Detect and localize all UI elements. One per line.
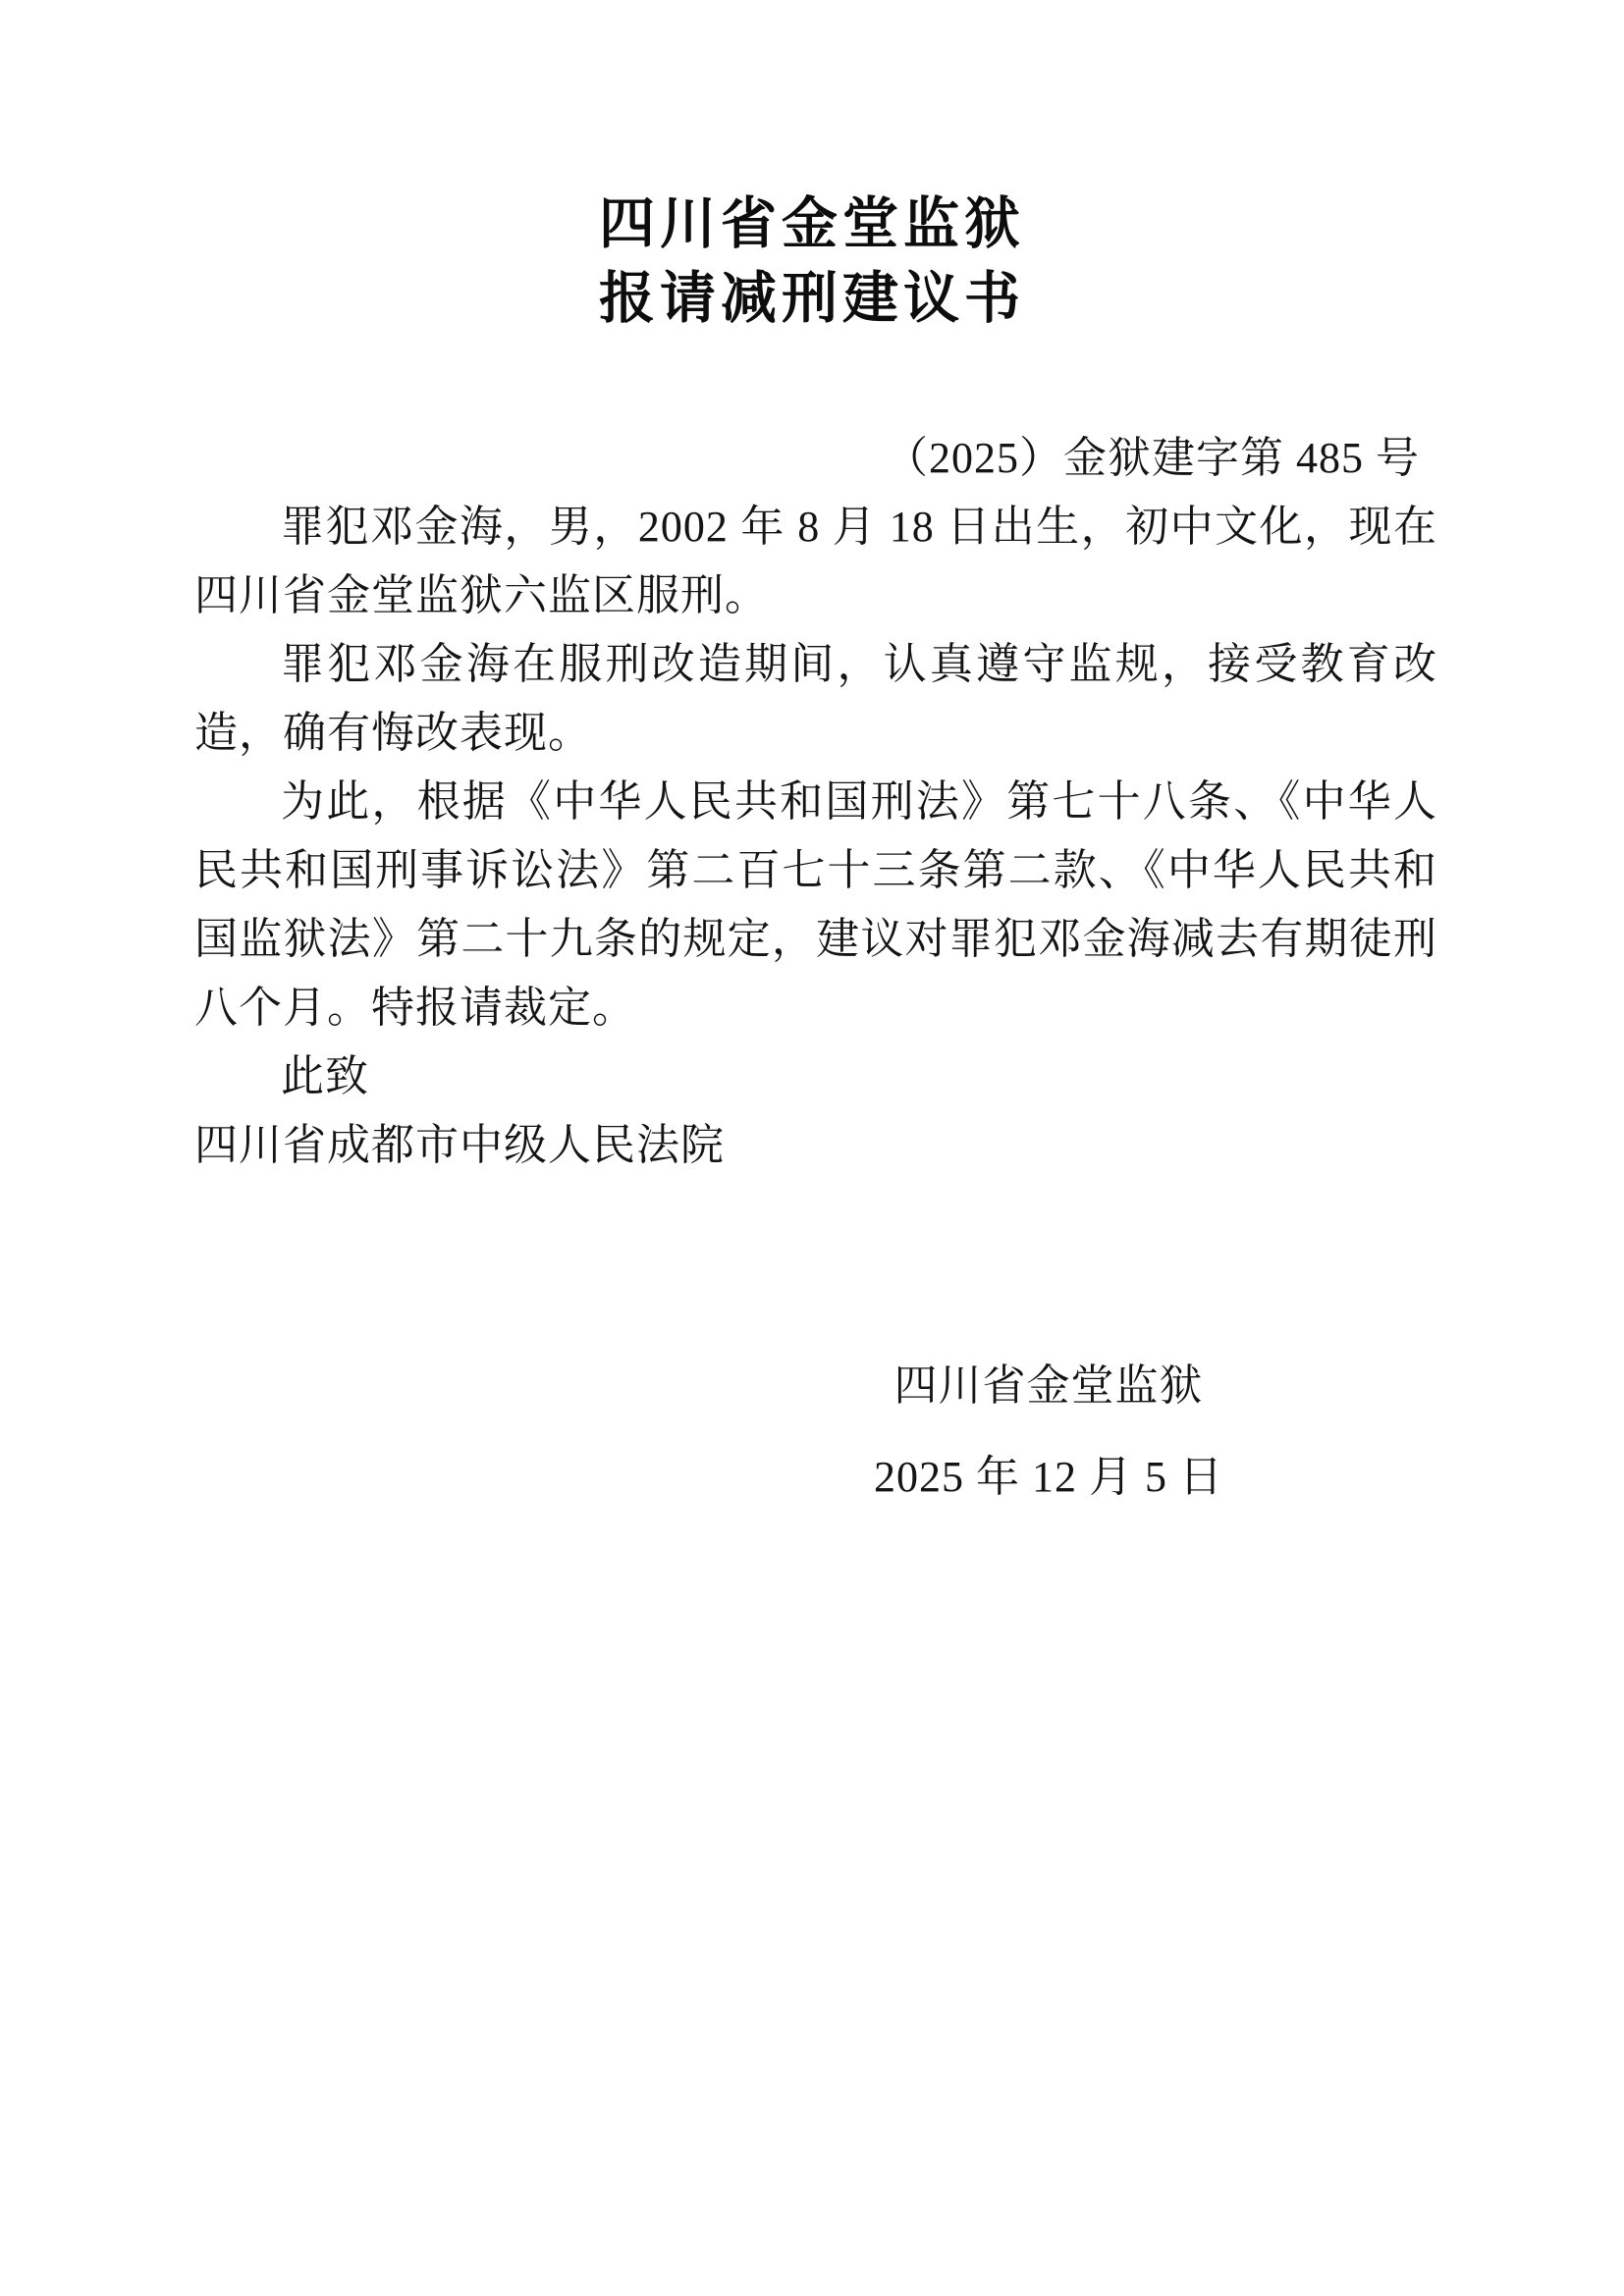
- document-number: （2025）金狱建字第 485 号: [885, 424, 1420, 493]
- document-body: 罪犯邓金海，男，2002 年 8 月 18 日出生，初中文化，现在四川省金堂监狱…: [194, 493, 1437, 1180]
- body-paragraph-3: 为此，根据《中华人民共和国刑法》第七十八条、《中华人民共和国刑事诉讼法》第二百七…: [194, 768, 1437, 1042]
- document-title-line1: 四川省金堂监狱: [0, 187, 1624, 261]
- document-title: 四川省金堂监狱 报请减刑建议书: [0, 187, 1624, 336]
- signature-organization: 四川省金堂监狱: [754, 1352, 1343, 1420]
- document-page: 四川省金堂监狱 报请减刑建议书 （2025）金狱建字第 485 号 罪犯邓金海，…: [0, 0, 1624, 2296]
- body-paragraph-2: 罪犯邓金海在服刑改造期间，认真遵守监规，接受教育改造，确有悔改表现。: [194, 630, 1437, 768]
- salutation: 此致: [194, 1042, 1437, 1111]
- signature-block: 四川省金堂监狱 2025 年 12 月 5 日: [754, 1352, 1343, 1512]
- body-paragraph-1: 罪犯邓金海，男，2002 年 8 月 18 日出生，初中文化，现在四川省金堂监狱…: [194, 493, 1437, 630]
- recipient-court: 四川省成都市中级人民法院: [194, 1111, 1437, 1180]
- signature-date: 2025 年 12 月 5 日: [754, 1443, 1343, 1512]
- document-title-line2: 报请减刑建议书: [0, 261, 1624, 336]
